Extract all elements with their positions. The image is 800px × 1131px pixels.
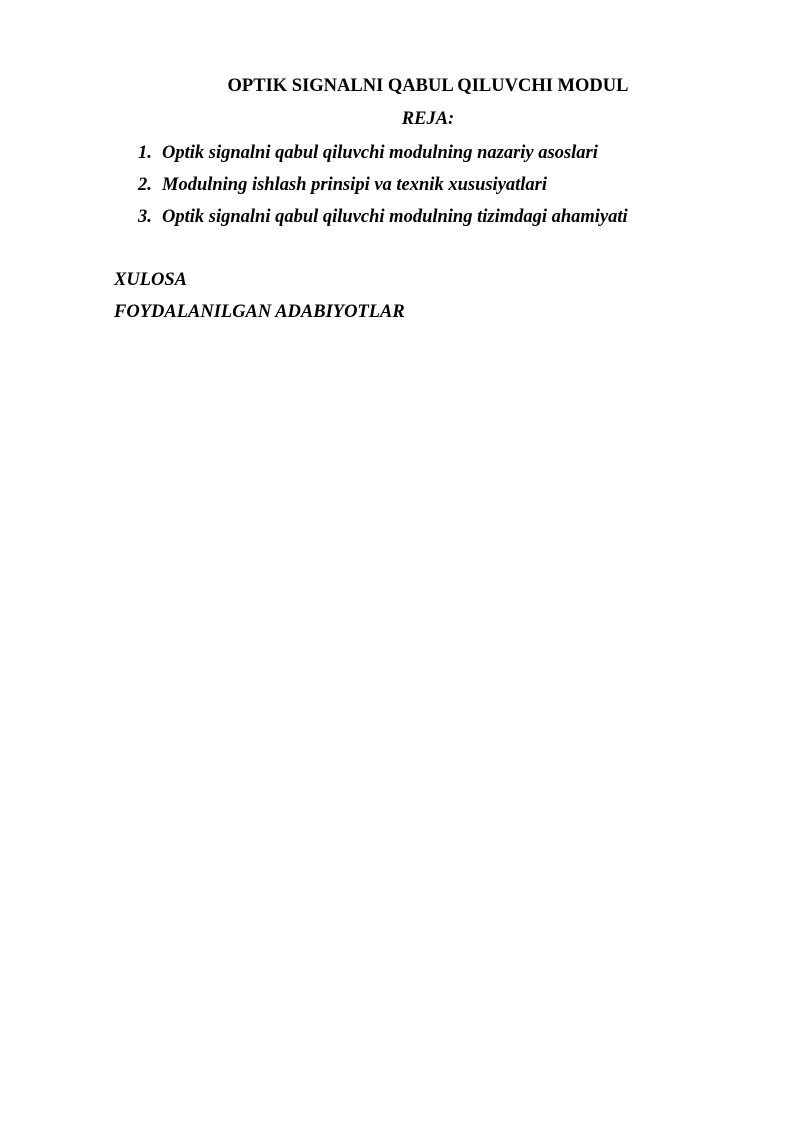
plan-item-number: 2. — [138, 173, 162, 205]
section-references: FOYDALANILGAN ADABIYOTLAR — [114, 302, 405, 323]
plan-item: 2. Modulning ishlash prinsipi va texnik … — [138, 173, 628, 205]
plan-item-text: Modulning ishlash prinsipi va texnik xus… — [162, 173, 547, 205]
plan-item-text: Optik signalni qabul qiluvchi modulning … — [162, 141, 598, 173]
plan-item-number: 3. — [138, 205, 162, 237]
plan-item-text: Optik signalni qabul qiluvchi modulning … — [162, 205, 628, 237]
plan-item: 1. Optik signalni qabul qiluvchi modulni… — [138, 141, 628, 173]
plan-item-number: 1. — [138, 141, 162, 173]
plan-heading: REJA: — [0, 109, 800, 130]
document-title: OPTIK SIGNALNI QABUL QILUVCHI MODUL — [0, 76, 800, 97]
plan-list: 1. Optik signalni qabul qiluvchi modulni… — [138, 141, 628, 237]
section-conclusion: XULOSA — [114, 270, 187, 291]
plan-item: 3. Optik signalni qabul qiluvchi modulni… — [138, 205, 628, 237]
